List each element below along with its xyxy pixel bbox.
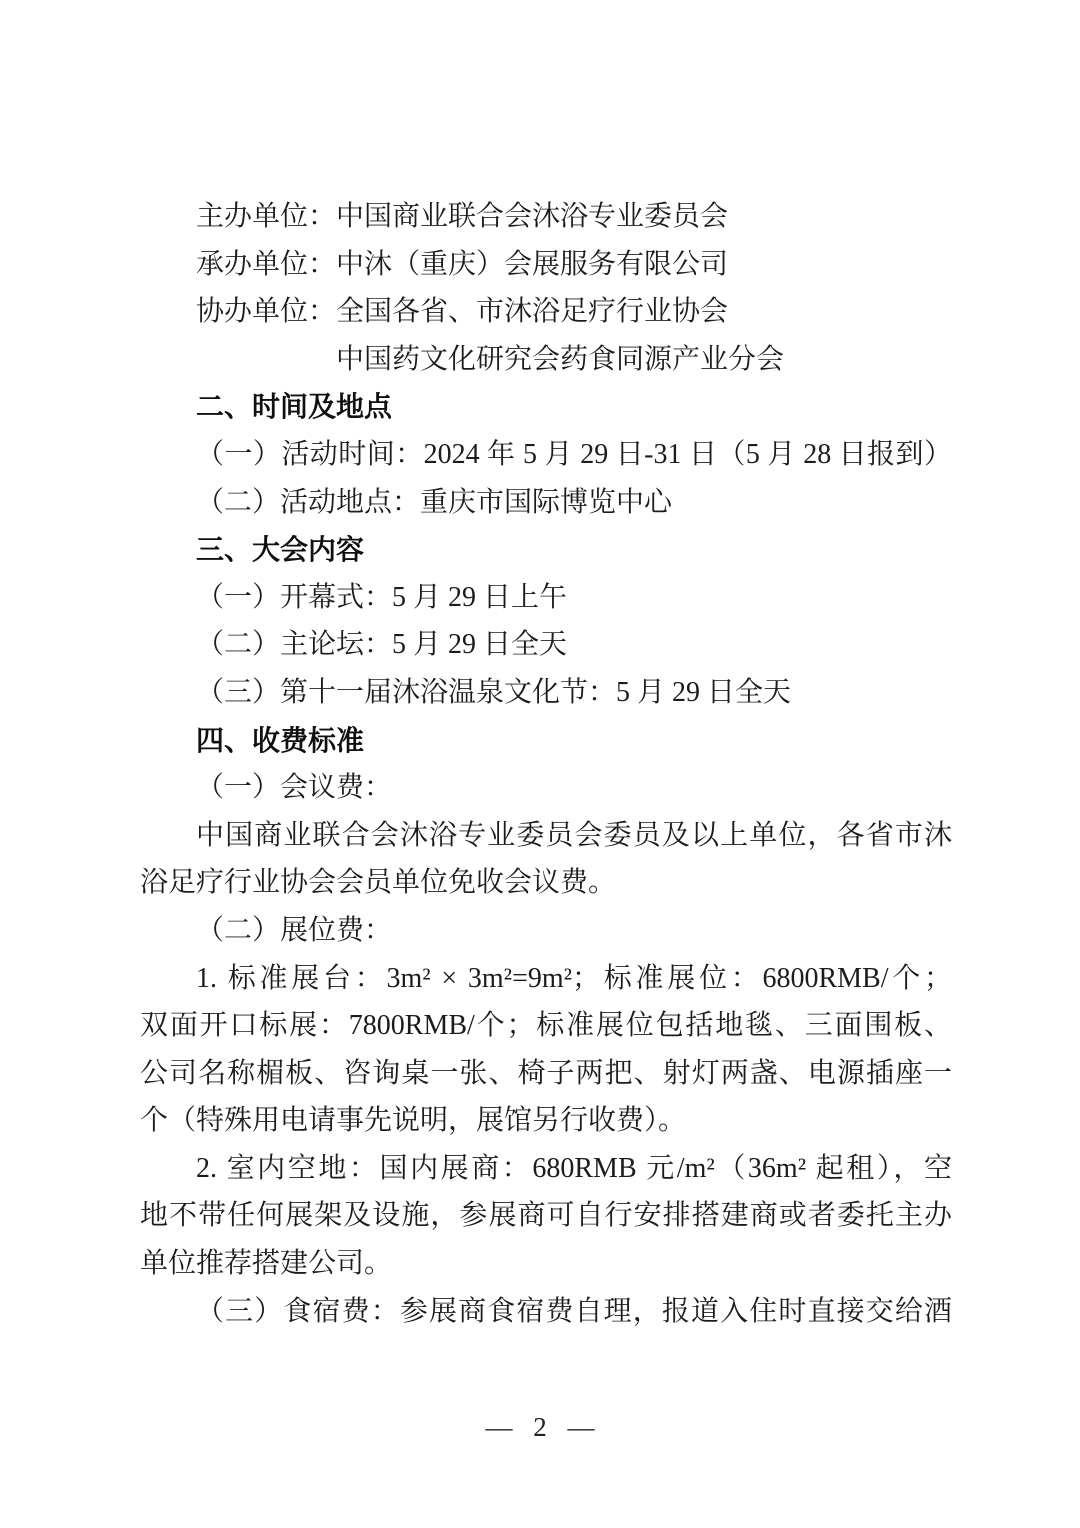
line-indoor-space-3: 单位推荐搭建公司。 [140, 1240, 952, 1288]
line-conference-fee-text-1: 中国商业联合会沐浴专业委员会委员及以上单位，各省市沐 [140, 812, 952, 860]
line-conference-fee-text-2: 浴足疗行业协会会员单位免收会议费。 [140, 859, 952, 907]
line-undertaker: 承办单位：中沐（重庆）会展服务有限公司 [140, 241, 952, 289]
line-co-organizer-2: 中国药文化研究会药食同源产业分会 [140, 336, 952, 384]
page-number: — 2 — [0, 1412, 1080, 1443]
document-page: 主办单位：中国商业联合会沐浴专业委员会 承办单位：中沐（重庆）会展服务有限公司 … [0, 0, 1080, 1528]
heading-time-location: 二、时间及地点 [140, 383, 952, 431]
line-hot-spring-festival: （三）第十一届沐浴温泉文化节：5 月 29 日全天 [140, 669, 952, 717]
line-indoor-space-1: 2. 室内空地：国内展商：680RMB 元/m²（36m² 起租），空 [140, 1145, 952, 1193]
line-indoor-space-2: 地不带任何展架及设施，参展商可自行安排搭建商或者委托主办 [140, 1192, 952, 1240]
line-conference-fee-label: （一）会议费： [140, 764, 952, 812]
line-event-time: （一）活动时间：2024 年 5 月 29 日-31 日（5 月 28 日报到） [140, 431, 952, 479]
line-event-location: （二）活动地点：重庆市国际博览中心 [140, 479, 952, 527]
line-standard-booth-1: 1. 标准展台：3m² × 3m²=9m²；标准展位：6800RMB/个； [140, 955, 952, 1003]
line-co-organizer: 协办单位：全国各省、市沐浴足疗行业协会 [140, 288, 952, 336]
line-main-forum: （二）主论坛：5 月 29 日全天 [140, 621, 952, 669]
line-host-organizer: 主办单位：中国商业联合会沐浴专业委员会 [140, 193, 952, 241]
line-standard-booth-3: 公司名称楣板、咨询桌一张、椅子两把、射灯两盏、电源插座一 [140, 1050, 952, 1098]
line-opening-ceremony: （一）开幕式：5 月 29 日上午 [140, 574, 952, 622]
line-food-lodging-fee: （三）食宿费：参展商食宿费自理，报道入住时直接交给酒 [140, 1288, 952, 1336]
document-body: 主办单位：中国商业联合会沐浴专业委员会 承办单位：中沐（重庆）会展服务有限公司 … [140, 193, 952, 1335]
line-booth-fee-label: （二）展位费： [140, 907, 952, 955]
line-standard-booth-2: 双面开口标展：7800RMB/个；标准展位包括地毯、三面围板、 [140, 1002, 952, 1050]
heading-conference-content: 三、大会内容 [140, 526, 952, 574]
line-standard-booth-4: 个（特殊用电请事先说明，展馆另行收费）。 [140, 1097, 952, 1145]
heading-fee-standard: 四、收费标准 [140, 717, 952, 765]
